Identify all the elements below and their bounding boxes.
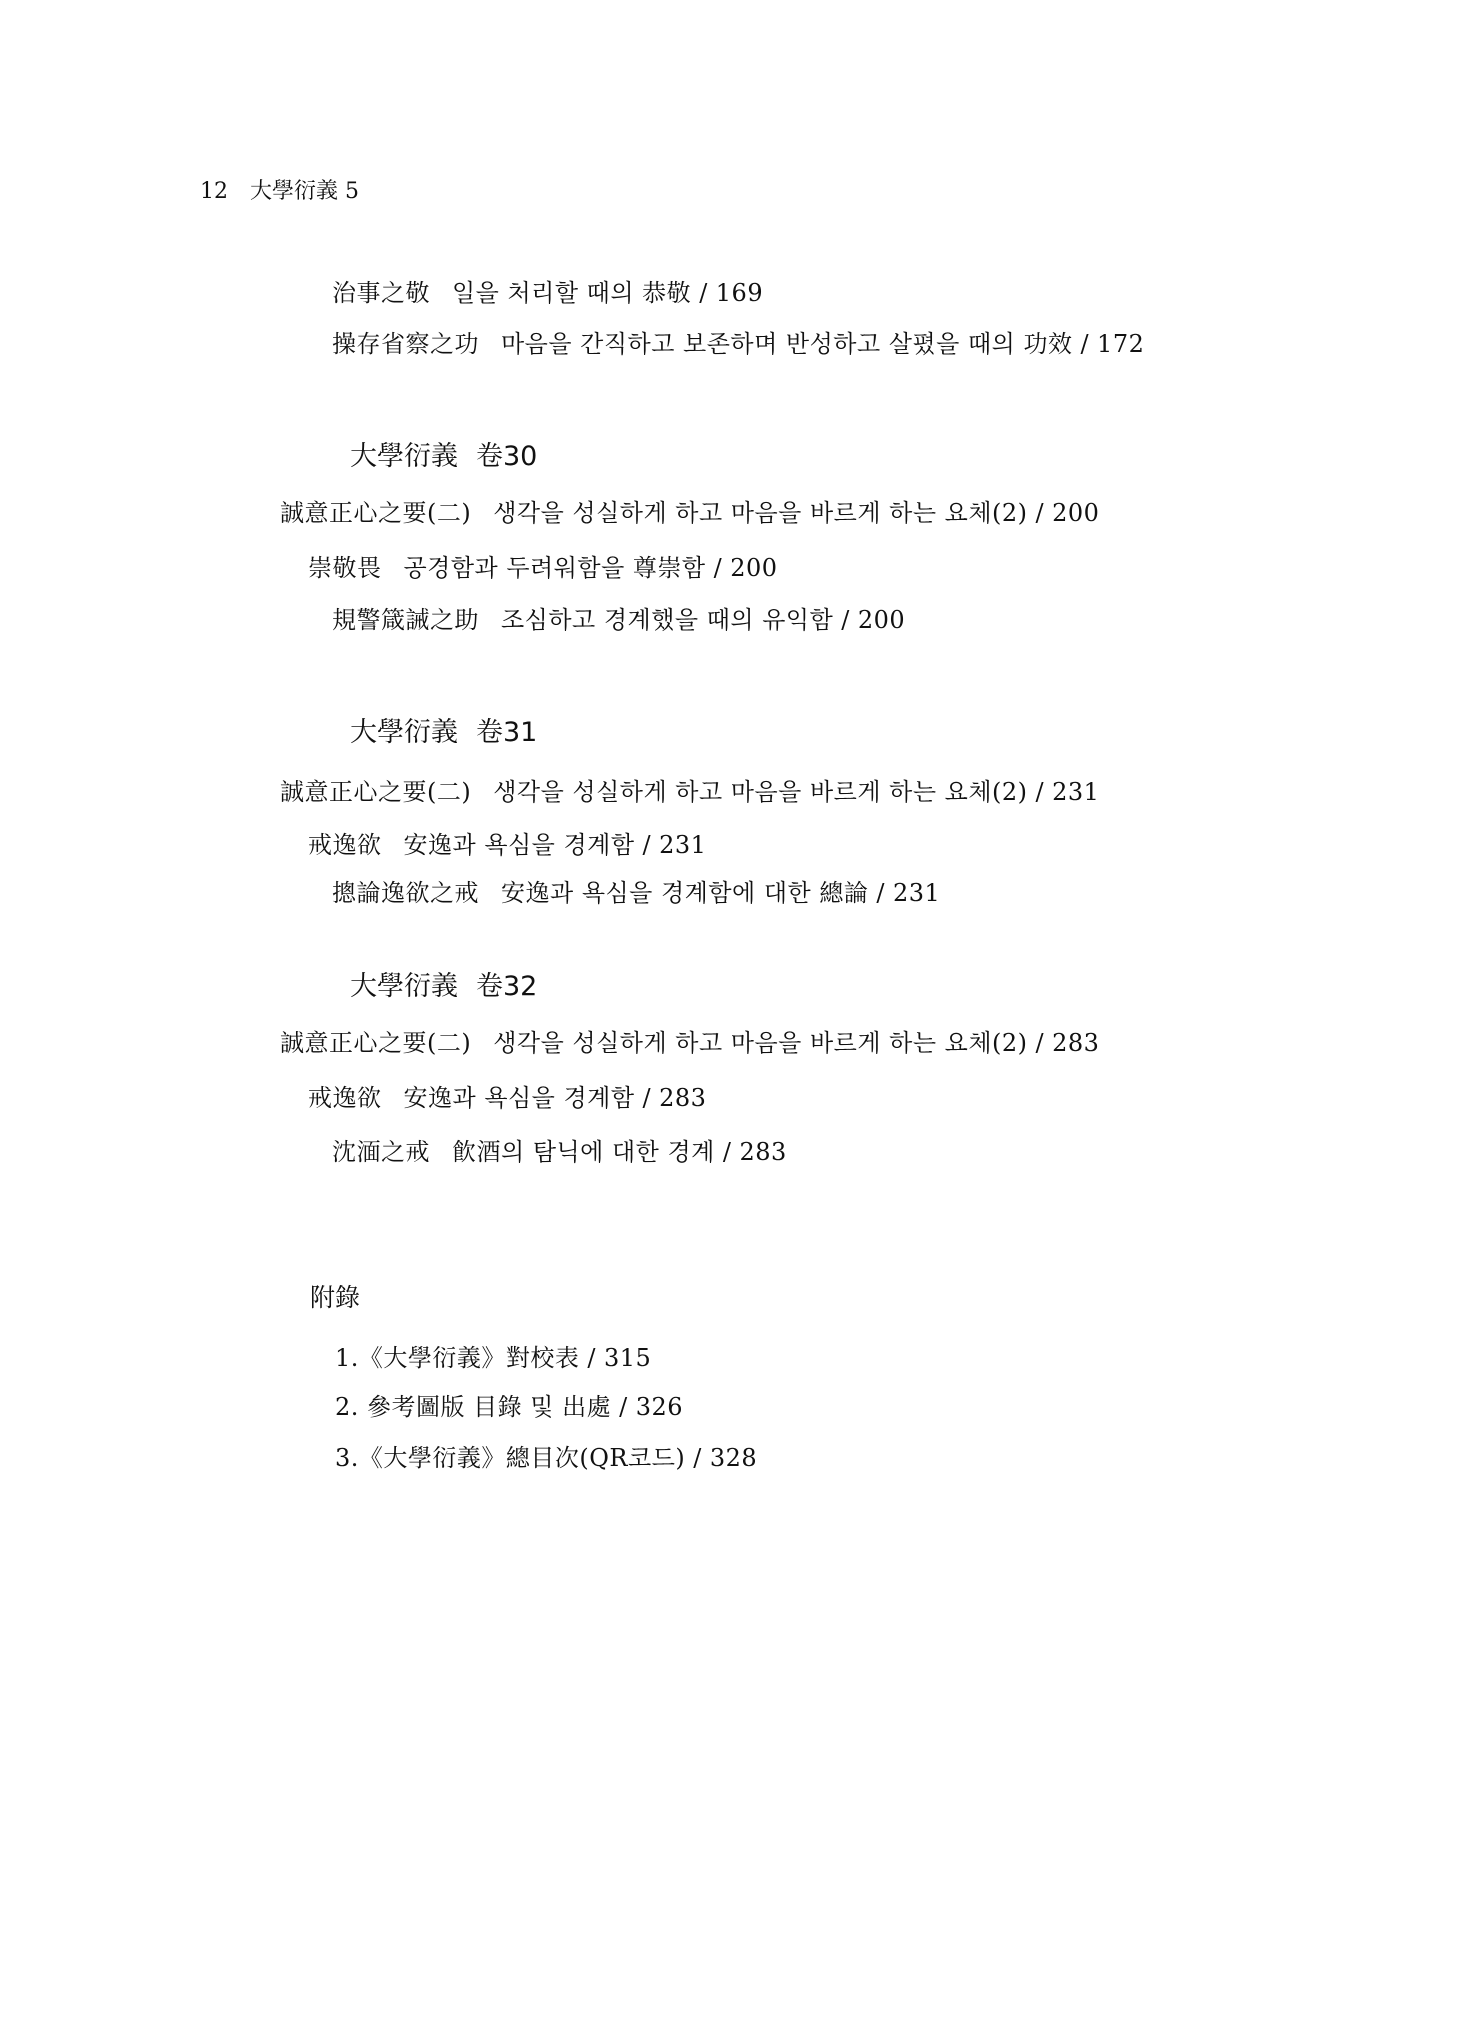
separator: / [876, 879, 885, 907]
entry-desc: 공경함과 두려워함을 尊崇함 [404, 554, 706, 582]
separator: / [693, 1444, 702, 1472]
volume-book-title: 大學衍義 [350, 441, 458, 472]
book-title: 大學衍義 5 [250, 179, 359, 204]
separator: / [1036, 1029, 1045, 1057]
appendix-item-page: 315 [604, 1344, 651, 1372]
appendix-item-label: 1.《大學衍義》對校表 [335, 1344, 579, 1372]
appendix-item: 3.《大學衍義》總目次(QR코드)/328 [335, 1442, 757, 1474]
separator: / [619, 1393, 628, 1421]
separator: / [1036, 778, 1045, 806]
document-page: 12大學衍義 5 治事之敬일을 처리할 때의 恭敬/169 操存省察之功마음을 … [0, 0, 1480, 2024]
toc-entry: 操存省察之功마음을 간직하고 보존하며 반성하고 살폈을 때의 功效/172 [332, 328, 1144, 360]
separator: / [1036, 499, 1045, 527]
entry-desc: 安逸과 욕심을 경계함에 대한 總論 [501, 879, 868, 907]
toc-entry: 戒逸欲安逸과 욕심을 경계함/231 [308, 829, 706, 861]
entry-desc: 飮酒의 탐닉에 대한 경계 [452, 1138, 715, 1166]
toc-entry: 誠意正心之要(二)생각을 성실하게 하고 마음을 바르게 하는 요체(2)/28… [280, 1027, 1099, 1059]
separator: / [587, 1344, 596, 1372]
entry-title: 誠意正心之要(二) [280, 1029, 471, 1057]
entry-page: 231 [659, 831, 706, 859]
separator: / [1080, 330, 1089, 358]
volume-number: 卷32 [476, 971, 537, 1002]
appendix-item-page: 326 [636, 1393, 683, 1421]
entry-title: 誠意正心之要(二) [280, 499, 471, 527]
toc-entry: 誠意正心之要(二)생각을 성실하게 하고 마음을 바르게 하는 요체(2)/20… [280, 497, 1099, 529]
entry-title: 治事之敬 [332, 279, 430, 307]
entry-page: 283 [1052, 1029, 1099, 1057]
toc-entry: 摠論逸欲之戒安逸과 욕심을 경계함에 대한 總論/231 [332, 877, 940, 909]
volume-heading: 大學衍義卷30 [350, 440, 537, 474]
entry-page: 283 [739, 1138, 786, 1166]
toc-entry: 治事之敬일을 처리할 때의 恭敬/169 [332, 277, 763, 309]
appendix-item-label: 3.《大學衍義》總目次(QR코드) [335, 1444, 685, 1472]
entry-desc: 安逸과 욕심을 경계함 [404, 831, 635, 859]
entry-page: 231 [893, 879, 940, 907]
volume-book-title: 大學衍義 [350, 717, 458, 748]
entry-desc: 安逸과 욕심을 경계함 [404, 1084, 635, 1112]
appendix-item: 2. 參考圖版 目錄 및 出處/326 [335, 1391, 683, 1423]
separator: / [714, 554, 723, 582]
entry-title: 沈湎之戒 [332, 1138, 430, 1166]
entry-title: 規警箴誡之助 [332, 606, 479, 634]
separator: / [643, 1084, 652, 1112]
entry-page: 200 [730, 554, 777, 582]
entry-desc: 조심하고 경계했을 때의 유익함 [501, 606, 833, 634]
entry-desc: 생각을 성실하게 하고 마음을 바르게 하는 요체(2) [493, 499, 1027, 527]
appendix-title: 附錄 [310, 1282, 360, 1314]
toc-entry: 沈湎之戒飮酒의 탐닉에 대한 경계/283 [332, 1136, 787, 1168]
entry-title: 戒逸欲 [308, 1084, 382, 1112]
toc-entry: 戒逸欲安逸과 욕심을 경계함/283 [308, 1082, 706, 1114]
entry-page: 200 [858, 606, 905, 634]
separator: / [841, 606, 850, 634]
volume-heading: 大學衍義卷32 [350, 970, 537, 1004]
entry-page: 200 [1052, 499, 1099, 527]
running-head: 12大學衍義 5 [200, 177, 359, 207]
entry-title: 誠意正心之要(二) [280, 778, 471, 806]
volume-number: 卷31 [476, 717, 537, 748]
entry-desc: 일을 처리할 때의 恭敬 [452, 279, 691, 307]
entry-desc: 생각을 성실하게 하고 마음을 바르게 하는 요체(2) [493, 778, 1027, 806]
volume-number: 卷30 [476, 441, 537, 472]
appendix-item: 1.《大學衍義》對校表/315 [335, 1342, 651, 1374]
entry-desc: 생각을 성실하게 하고 마음을 바르게 하는 요체(2) [493, 1029, 1027, 1057]
separator: / [723, 1138, 732, 1166]
entry-title: 操存省察之功 [332, 330, 479, 358]
entry-title: 戒逸欲 [308, 831, 382, 859]
entry-page: 172 [1097, 330, 1144, 358]
entry-page: 231 [1052, 778, 1099, 806]
appendix-item-label: 2. 參考圖版 目錄 및 出處 [335, 1393, 611, 1421]
page-number: 12 [200, 179, 228, 204]
toc-entry: 規警箴誡之助조심하고 경계했을 때의 유익함/200 [332, 604, 905, 636]
entry-title: 崇敬畏 [308, 554, 382, 582]
toc-entry: 崇敬畏공경함과 두려워함을 尊崇함/200 [308, 552, 778, 584]
volume-book-title: 大學衍義 [350, 971, 458, 1002]
volume-heading: 大學衍義卷31 [350, 716, 537, 750]
separator: / [643, 831, 652, 859]
entry-title: 摠論逸欲之戒 [332, 879, 479, 907]
separator: / [699, 279, 708, 307]
entry-page: 169 [716, 279, 763, 307]
appendix-item-page: 328 [710, 1444, 757, 1472]
entry-desc: 마음을 간직하고 보존하며 반성하고 살폈을 때의 功效 [501, 330, 1072, 358]
entry-page: 283 [659, 1084, 706, 1112]
toc-entry: 誠意正心之要(二)생각을 성실하게 하고 마음을 바르게 하는 요체(2)/23… [280, 776, 1099, 808]
